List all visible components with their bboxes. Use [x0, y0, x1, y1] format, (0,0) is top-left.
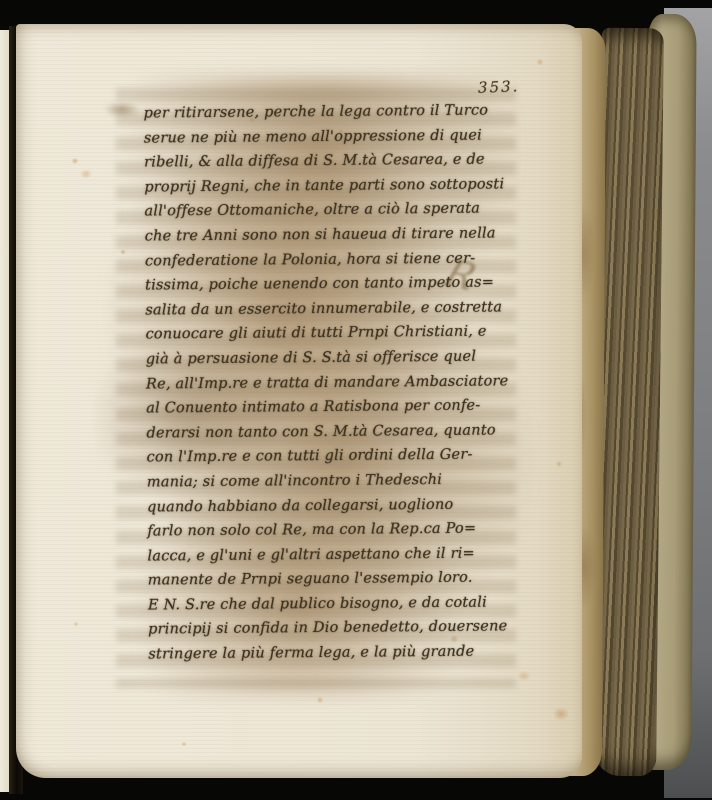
manuscript-line: Re, all'Imp.re e tratta di mandare Ambas…	[146, 369, 490, 397]
manuscript-line: stringere la più ferma lega, e la più gr…	[148, 640, 492, 668]
manuscript-line: con l'Imp.re e con tutti gli ordini dell…	[147, 443, 491, 471]
manuscript-line: manente de Prnpi seguano l'essempio loro…	[148, 566, 492, 594]
manuscript-line: ribelli, & alla diffesa di S. M.tà Cesar…	[144, 148, 488, 176]
manuscript-line: quando habbiano da collegarsi, uogliono	[147, 492, 491, 520]
manuscript-line: conuocare gli aiuti di tutti Prnpi Chris…	[145, 320, 489, 348]
folio-number: 353.	[478, 77, 520, 96]
manuscript-line: salita da un essercito innumerabile, e c…	[145, 295, 489, 323]
manuscript-line: proprij Regni, che in tante parti sono s…	[144, 172, 488, 200]
manuscript-line: che tre Anni sono non si haueua di tirar…	[145, 221, 489, 249]
manuscript-line: all'offese Ottomaniche, oltre a ciò la s…	[144, 197, 488, 225]
manuscript-line: serue ne più ne meno all'oppressione di …	[144, 123, 488, 151]
manuscript-line: confederatione la Polonia, hora si tiene…	[145, 246, 489, 274]
manuscript-page: 353. R per ritirarsene, perche la lega c…	[16, 24, 582, 778]
manuscript-line: E N. S.re che dal publico bisogno, e da …	[148, 590, 492, 618]
manuscript-line: tissima, poiche uenendo con tanto impeto…	[145, 271, 489, 299]
manuscript-line: farlo non solo col Re, ma con la Rep.ca …	[147, 517, 491, 545]
manuscript-line: mania; si come all'incontro i Thedeschi	[147, 467, 491, 495]
manuscript-photograph: 353. R per ritirarsene, perche la lega c…	[0, 0, 712, 800]
manuscript-line: derarsi non tanto con S. M.tà Cesarea, q…	[146, 418, 490, 446]
manuscript-line: al Conuento intimato a Ratisbona per con…	[146, 394, 490, 422]
manuscript-line: lacca, e gl'uni e gl'altri aspettano che…	[147, 541, 491, 569]
handwritten-text-block: per ritirarsene, perche la lega contro i…	[144, 99, 493, 668]
manuscript-line: principij si confida in Dio benedetto, d…	[148, 615, 492, 643]
ink-showthrough-smudge	[104, 102, 140, 117]
manuscript-line: per ritirarsene, perche la lega contro i…	[144, 99, 488, 127]
manuscript-line: già à persuasione di S. S.tà si offerisc…	[146, 344, 490, 372]
